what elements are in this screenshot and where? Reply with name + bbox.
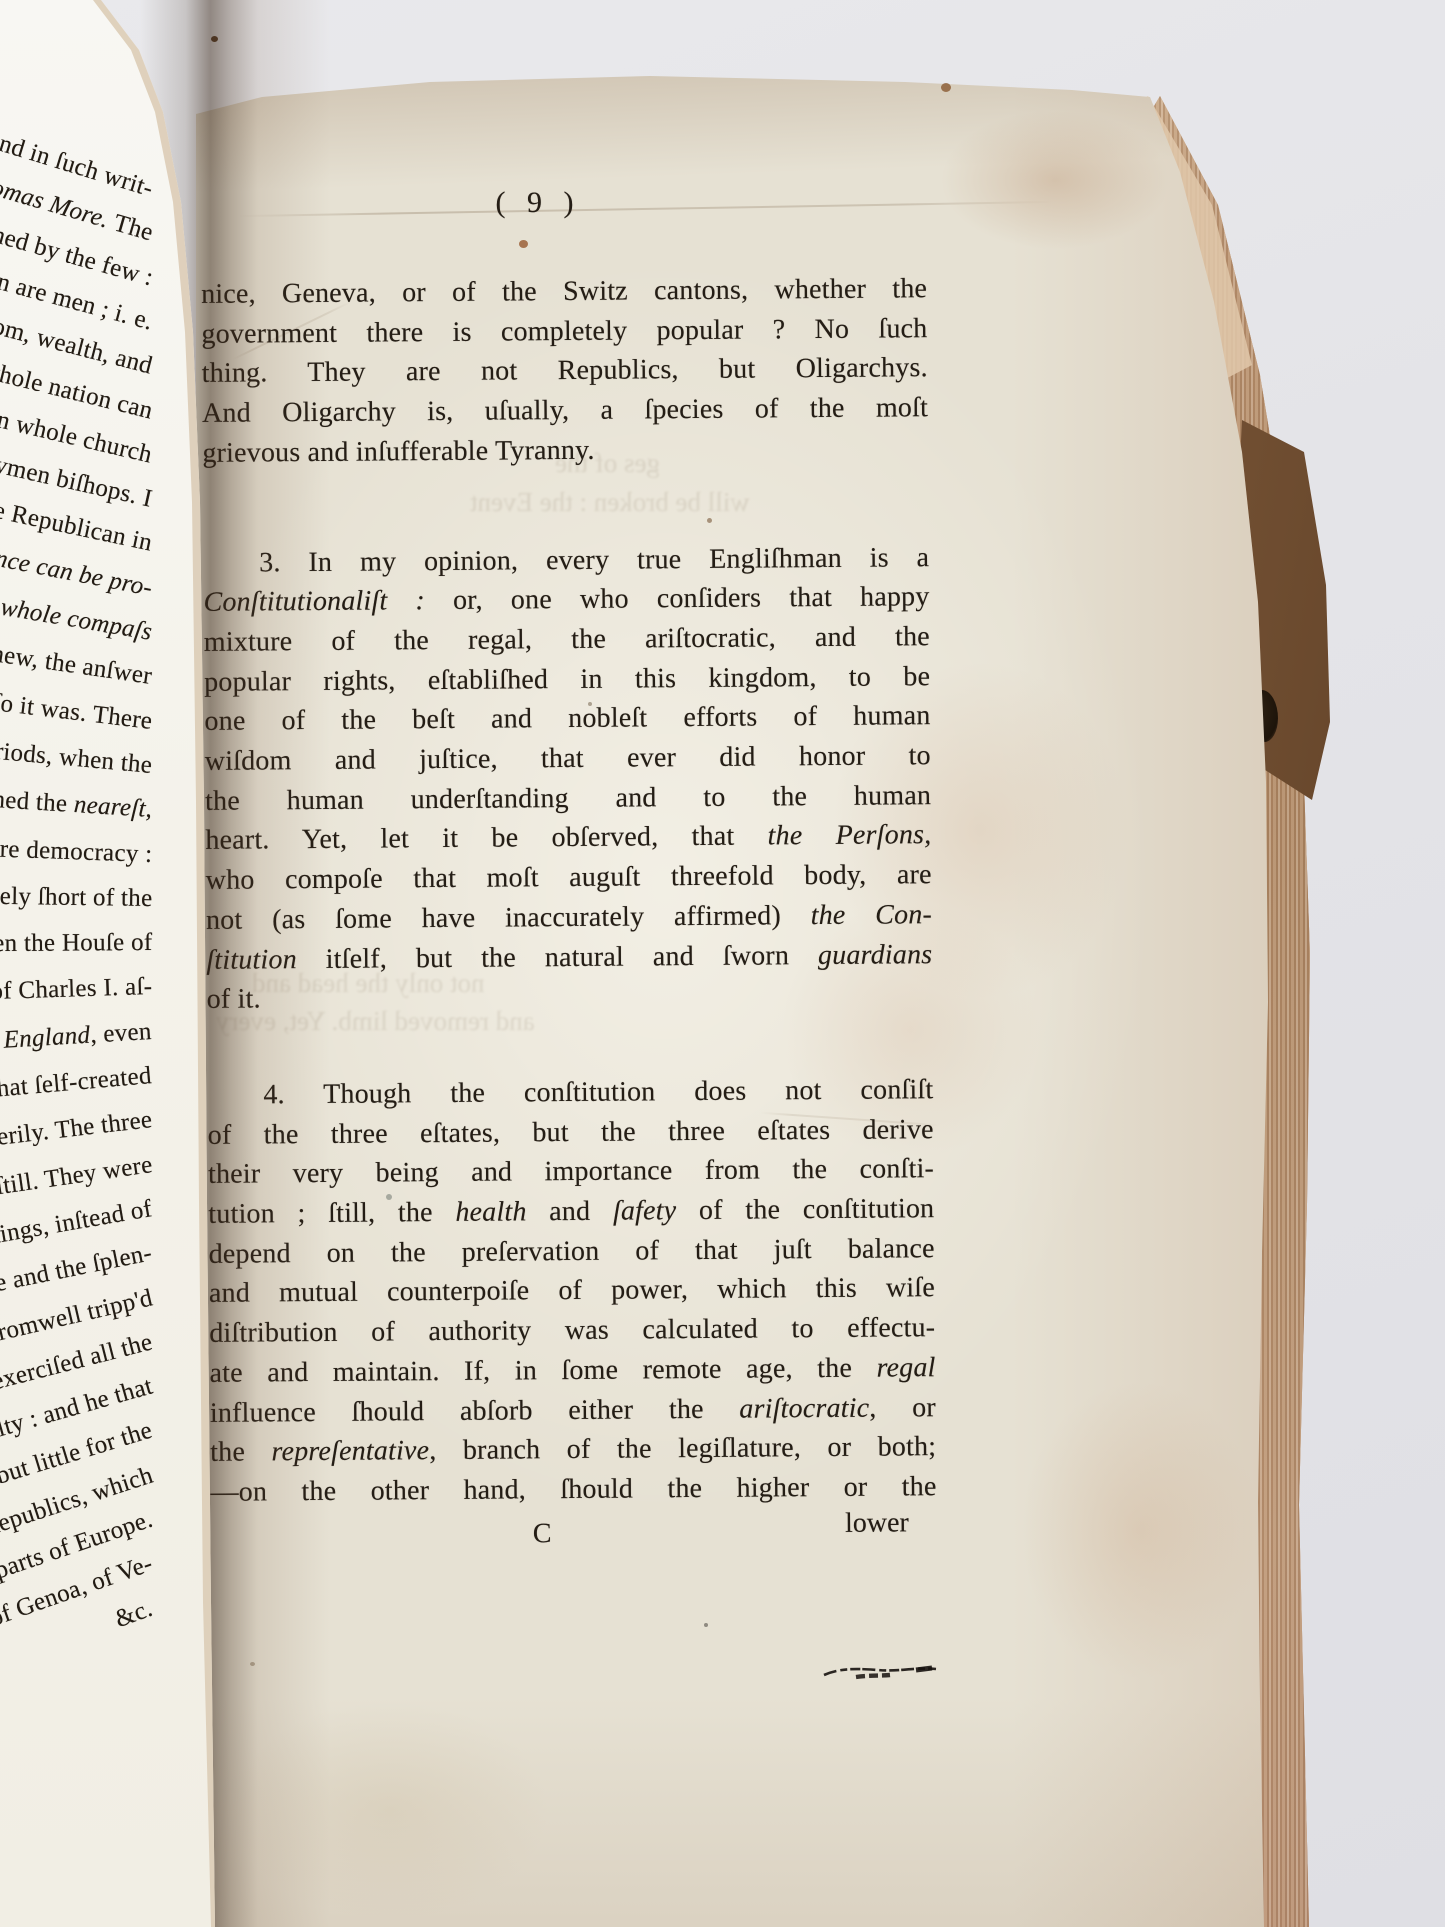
left-page-text-line: n of Charles I. aſ- [0, 973, 152, 1007]
left-page-text-line: was England, even [0, 1018, 153, 1057]
left-page-text-line: entire democracy : [0, 834, 152, 869]
left-page-text-line: &c. [112, 1594, 157, 1633]
left-page-text-line: when the Houſe of [0, 929, 152, 958]
left-page-text-line: of that ſelf-created [0, 1062, 153, 1107]
left-page-text-line: roached the neareſt, [0, 783, 153, 824]
left-page-text-line: remely ſhort of the [0, 882, 152, 913]
book-photo: ges of thewill be broken : the Eventnot … [0, 0, 1445, 1927]
left-page-text-line: I knew, the anſwer [0, 636, 154, 691]
left-page-text-line: periods, when the [0, 735, 153, 779]
left-page-text-line: y, verily. The three [0, 1106, 154, 1156]
left-page-text-line: s ſtill. They were [0, 1151, 154, 1204]
left-page-text-line: d ſo it was. There [0, 686, 154, 735]
left-page-text: en, and in ſuch writ-Thomas More. Theove… [0, 0, 1445, 1927]
